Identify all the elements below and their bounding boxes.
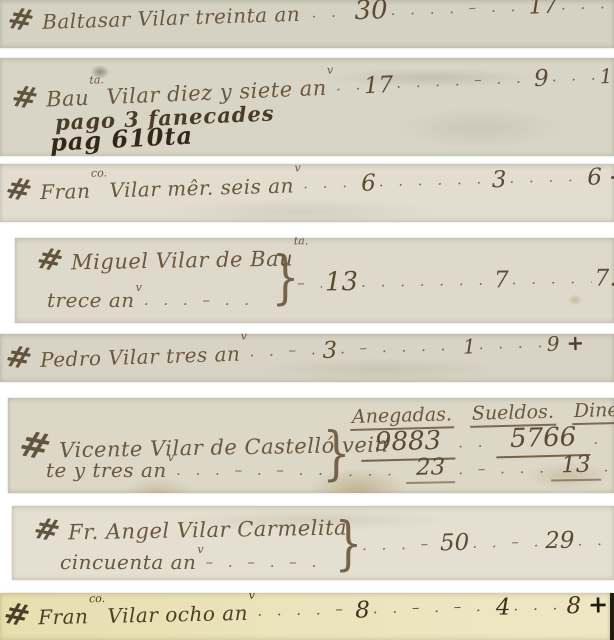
hash-mark: #	[33, 244, 66, 278]
value-sueldos: 7	[494, 267, 509, 293]
dot-leader: . . – . . . .	[472, 531, 542, 552]
dot-leader: . . . – . . .	[362, 533, 437, 555]
value-anegadas: 3	[322, 338, 337, 364]
entry-row: # Fr. Angel Vilar Carmelita	[34, 511, 348, 546]
entry-row: # Fran co. Vilar mêr. seis an v . . . . …	[6, 160, 614, 206]
ledger-strip-angel: # Fr. Angel Vilar Carmelita } . . . – . …	[12, 506, 614, 580]
manuscript-scan: # Baltasar Vilar treinta an v. . . . – .…	[0, 0, 614, 640]
entry-superscript: v	[249, 589, 255, 602]
entry-superscript: v.	[300, 0, 309, 3]
entry-name-prefix: Fran	[40, 179, 91, 204]
hash-mark: #	[2, 174, 35, 208]
payment-note-row: pag 610ta	[49, 121, 194, 157]
entry-text-line2: trece an	[47, 288, 135, 312]
entry-row-line2: cincuenta an v – . – . – . – . –	[60, 550, 326, 574]
value-sueldos: 1	[463, 334, 476, 358]
value-sueldos: 13	[551, 452, 601, 482]
entry-row-line2: trece an v . . . – . . – . . – . .	[47, 288, 264, 312]
entry-superscript: v	[136, 281, 142, 294]
entry-superscript: v	[168, 451, 174, 464]
value-sueldos: 29	[545, 528, 575, 555]
entry-superscript: v	[327, 64, 334, 77]
hash-mark: #	[4, 4, 37, 37]
curly-brace: }	[272, 248, 300, 306]
ledger-strip-baltasar: # Baltasar Vilar treinta an v. . . . – .…	[0, 0, 614, 48]
entry-name-prefix: Bau	[46, 86, 90, 112]
dot-leader: . – . . . . . . . . .	[340, 335, 461, 359]
dot-leader: . . . .	[603, 455, 614, 476]
dot-leader: . . . . . .	[551, 65, 597, 87]
entry-text: Vilar mêr. seis an	[109, 173, 294, 202]
dot-leader: . . . . – . . . . . – . .	[396, 67, 532, 93]
dot-leader: . . – . . – . . .	[249, 339, 320, 361]
ledger-strip-francisco-ocho: # Fran co. Vilar ocho an v . . . . – . –…	[0, 593, 614, 640]
hash-mark: #	[2, 342, 35, 375]
cross-mark: +	[588, 589, 609, 618]
dot-leader: . . . .	[577, 530, 612, 551]
entry-superscript: v	[241, 329, 248, 342]
dot-leader: . . . – . . . . .	[311, 1, 352, 22]
hash-mark: #	[8, 82, 41, 115]
value-anegadas: 8	[355, 597, 370, 623]
dot-leader: . . – . – . . . . . .	[373, 596, 493, 619]
hash-mark: #	[0, 599, 33, 633]
entry-text: Baltasar Vilar treinta an	[42, 2, 301, 34]
value-dineros: 6	[587, 164, 602, 190]
dot-leader: – . .	[297, 273, 322, 293]
dot-leader: . . . . . .	[512, 268, 592, 289]
entry-text-line1: Fr. Angel Vilar Carmelita	[68, 516, 347, 545]
value-dineros: 8	[566, 593, 581, 619]
dot-leader: – . – . – . – . –	[206, 552, 326, 572]
cross-mark: +	[609, 164, 614, 189]
entry-text-line2: te y tres an	[46, 458, 167, 482]
cross-mark: +	[566, 330, 584, 356]
dot-leader: . . . – . . – . . – . .	[144, 290, 264, 310]
dot-leader: . . . . . . .	[303, 172, 359, 193]
curly-brace: }	[335, 514, 363, 572]
dot-leader: . . . . . . .	[509, 166, 584, 188]
value-sueldos: 9	[534, 66, 550, 93]
curly-brace: }	[323, 424, 351, 482]
ledger-strip-vicente: Anegadas. Sueldos. Dineros. # Vicente Vi…	[8, 398, 614, 493]
value-dineros: 11	[599, 63, 614, 88]
value-sueldos: 4	[496, 594, 511, 620]
value-sueldos: 17	[528, 0, 558, 20]
entry-row: # Fran co. Vilar ocho an v . . . . – . –…	[4, 588, 609, 631]
value-anegadas: 6	[361, 170, 376, 196]
dot-leader: . . . . – . . . . – . . . .	[390, 0, 526, 19]
dot-leader: . . . . – . – . . .	[257, 599, 352, 621]
entry-row: # Pedro Vilar tres an v . . – . . – . . …	[6, 326, 585, 374]
value-anegadas: 13	[325, 267, 359, 298]
ledger-strip-pedro: # Pedro Vilar tres an v . . – . . – . . …	[0, 334, 614, 382]
dot-leader: . . . – . – . . . – . .	[176, 460, 326, 480]
entry-superscript: co.	[89, 592, 105, 605]
entry-row: # Bau ta. Vilar diez y siete an v . . . …	[11, 57, 614, 114]
entry-superscript: v	[197, 543, 203, 556]
value-dineros: 9	[546, 332, 559, 356]
values-row: . . . – . . . 50 . . – . . . . 29 . . . …	[362, 526, 614, 558]
value-anegadas: 50	[440, 530, 470, 557]
entry-row: # Baltasar Vilar treinta an v. . . . – .…	[8, 0, 614, 37]
entry-text: Pedro Vilar tres an	[40, 342, 241, 372]
value-anegadas: 23	[406, 454, 456, 484]
entry-name-prefix: Fran	[38, 604, 89, 629]
value-sueldos: 3	[491, 167, 506, 193]
hash-mark: #	[30, 514, 63, 548]
entry-row: # Miguel Vilar de Bau ta.	[37, 241, 311, 276]
dot-leader: . . . .	[593, 428, 614, 449]
entry-text: Vilar ocho an	[107, 601, 248, 628]
dot-leader: . . . . . .	[478, 332, 544, 354]
payment-note-overwritten: pag 610ta	[49, 121, 194, 157]
dot-leader: . . . . . .	[513, 594, 563, 615]
dot-leader: . . . .	[458, 431, 494, 452]
value-dineros: 7.	[594, 265, 614, 291]
entry-superscript: co.	[91, 166, 107, 179]
value-anegadas: 30	[354, 0, 388, 26]
ledger-strip-bautista: # Bau ta. Vilar diez y siete an v . . . …	[0, 58, 614, 156]
values-row: – . . 13 . . . . . . . . . . . 7 . . . .…	[297, 262, 614, 298]
dot-leader: . . . . . .	[335, 74, 361, 95]
ledger-strip-miguel: # Miguel Vilar de Bau ta. trece an v . .…	[15, 238, 614, 323]
entry-text-line2: cincuenta an	[60, 550, 196, 574]
entry-text-line1: Miguel Vilar de Bau	[71, 247, 293, 275]
values-row-lower: . . . . 23 . – . . . . . . 13 . . . . 5 …	[348, 450, 614, 485]
dot-leader: . . . . . . . . . . .	[361, 270, 491, 292]
value-anegadas: 17	[363, 72, 393, 99]
dot-leader: . . . . . . .	[560, 0, 614, 14]
ledger-strip-francisco-menor: # Fran co. Vilar mêr. seis an v . . . . …	[0, 164, 614, 222]
dot-leader: . – . . . . . .	[458, 457, 548, 479]
dot-leader: . . . .	[348, 460, 403, 481]
dot-leader: . . . . . . . . . .	[378, 168, 488, 191]
entry-row-line2: te y tres an v . . . – . – . . . – . .	[46, 458, 326, 482]
entry-superscript: v	[294, 161, 301, 174]
entry-superscript: ta.	[89, 73, 104, 87]
